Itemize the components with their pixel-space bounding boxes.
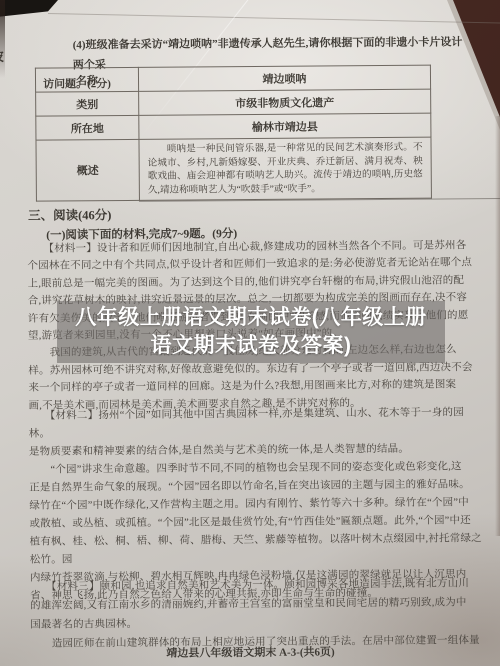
title-overlay-banner: 八年级上册语文期末试卷(八年级上册 语文期末试卷及答案): [57, 301, 445, 363]
table-row-name: 名称 靖边唢呐: [35, 65, 430, 92]
table-row-category: 类别 市级非物质文化遗产: [36, 89, 431, 116]
row-label: 类别: [36, 91, 139, 116]
overlay-title-line1: 八年级上册语文期末试卷(八年级上册: [75, 304, 427, 332]
photo-of-exam-paper: 波 (4)班级准备去采访“靖边唢呐”非遗传承人赵先生,请你根据下面的非遗小卡片设…: [0, 0, 500, 666]
row-label: 名称: [35, 67, 138, 92]
row-label: 所在地: [36, 115, 139, 140]
row-value: 市级非物质文化遗产: [139, 89, 431, 115]
heritage-card-table: 名称 靖边唢呐 类别 市级非物质文化遗产 所在地 榆林市靖边县 概述 唢呐是一种…: [35, 65, 432, 202]
row-value: 榆林市靖边县: [139, 113, 431, 139]
table-row-location: 所在地 榆林市靖边县: [36, 113, 431, 140]
overlay-title-line2: 语文期末试卷及答案): [151, 332, 352, 360]
page-footer: 靖边县八年级语文期末 A-3-(共6页): [2, 642, 498, 662]
section-heading-reading: 三、阅读(46分): [28, 205, 111, 224]
stray-character-left-edge: 波: [0, 46, 4, 65]
row-value-overview: 唢呐是一种民间管乐器,是一种常见的民间艺术演奏形式。不论城市、乡村,凡新婚嫁娶、…: [139, 137, 431, 201]
table-row-overview: 概述 唢呐是一种民间管乐器,是一种常见的民间艺术演奏形式。不论城市、乡村,凡新婚…: [36, 137, 431, 201]
row-label: 概述: [36, 139, 139, 201]
row-value: 靖边唢呐: [138, 65, 430, 91]
